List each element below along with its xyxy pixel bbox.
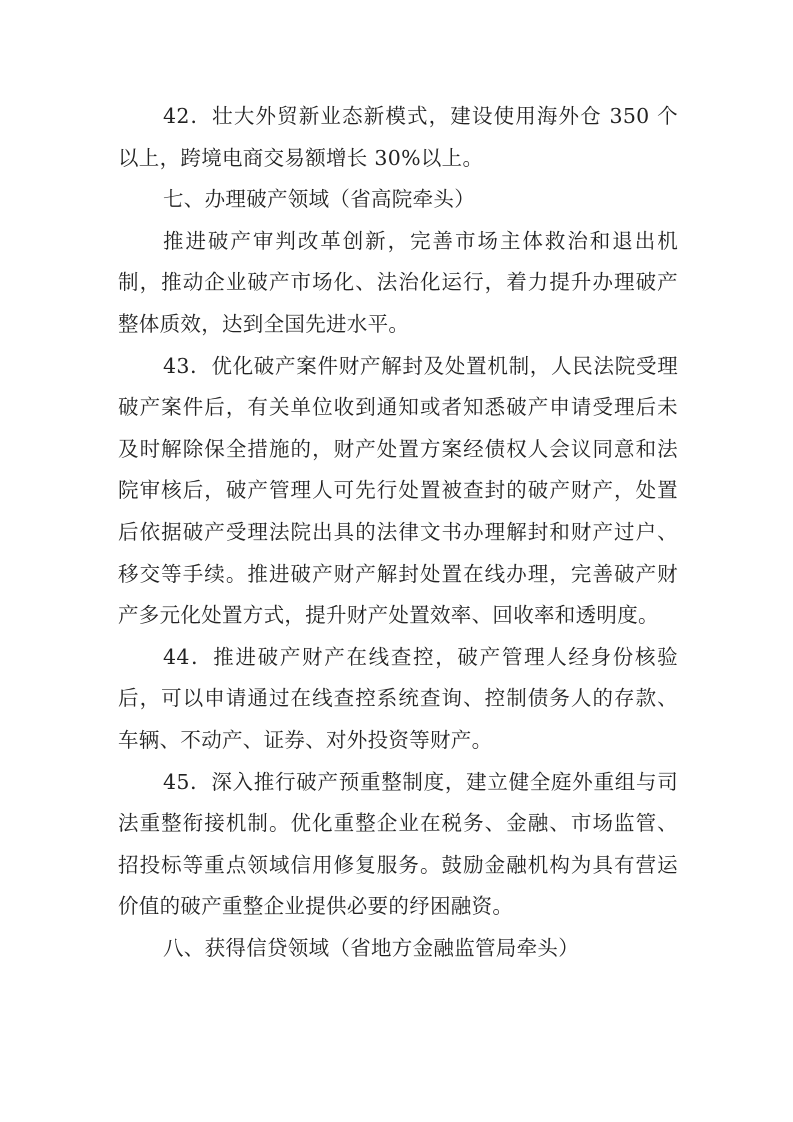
section-intro-paragraph: 推进破产审判改革创新，完善市场主体救治和退出机制，推动企业破产市场化、法治化运行… xyxy=(118,221,678,346)
section-heading-bankruptcy: 七、办理破产领域（省高院牵头） xyxy=(118,179,678,221)
item-45-paragraph: 45．深入推行破产预重整制度，建立健全庭外重组与司法重整衔接机制。优化重整企业在… xyxy=(118,762,678,928)
document-page: 42．壮大外贸新业态新模式，建设使用海外仓 350 个以上，跨境电商交易额增长 … xyxy=(118,96,678,969)
item-42-paragraph: 42．壮大外贸新业态新模式，建设使用海外仓 350 个以上，跨境电商交易额增长 … xyxy=(118,96,678,179)
item-44-paragraph: 44．推进破产财产在线查控，破产管理人经身份核验后，可以申请通过在线查控系统查询… xyxy=(118,637,678,762)
item-43-paragraph: 43．优化破产案件财产解封及处置机制，人民法院受理破产案件后，有关单位收到通知或… xyxy=(118,346,678,637)
section-heading-credit: 八、获得信贷领域（省地方金融监管局牵头） xyxy=(118,928,678,970)
